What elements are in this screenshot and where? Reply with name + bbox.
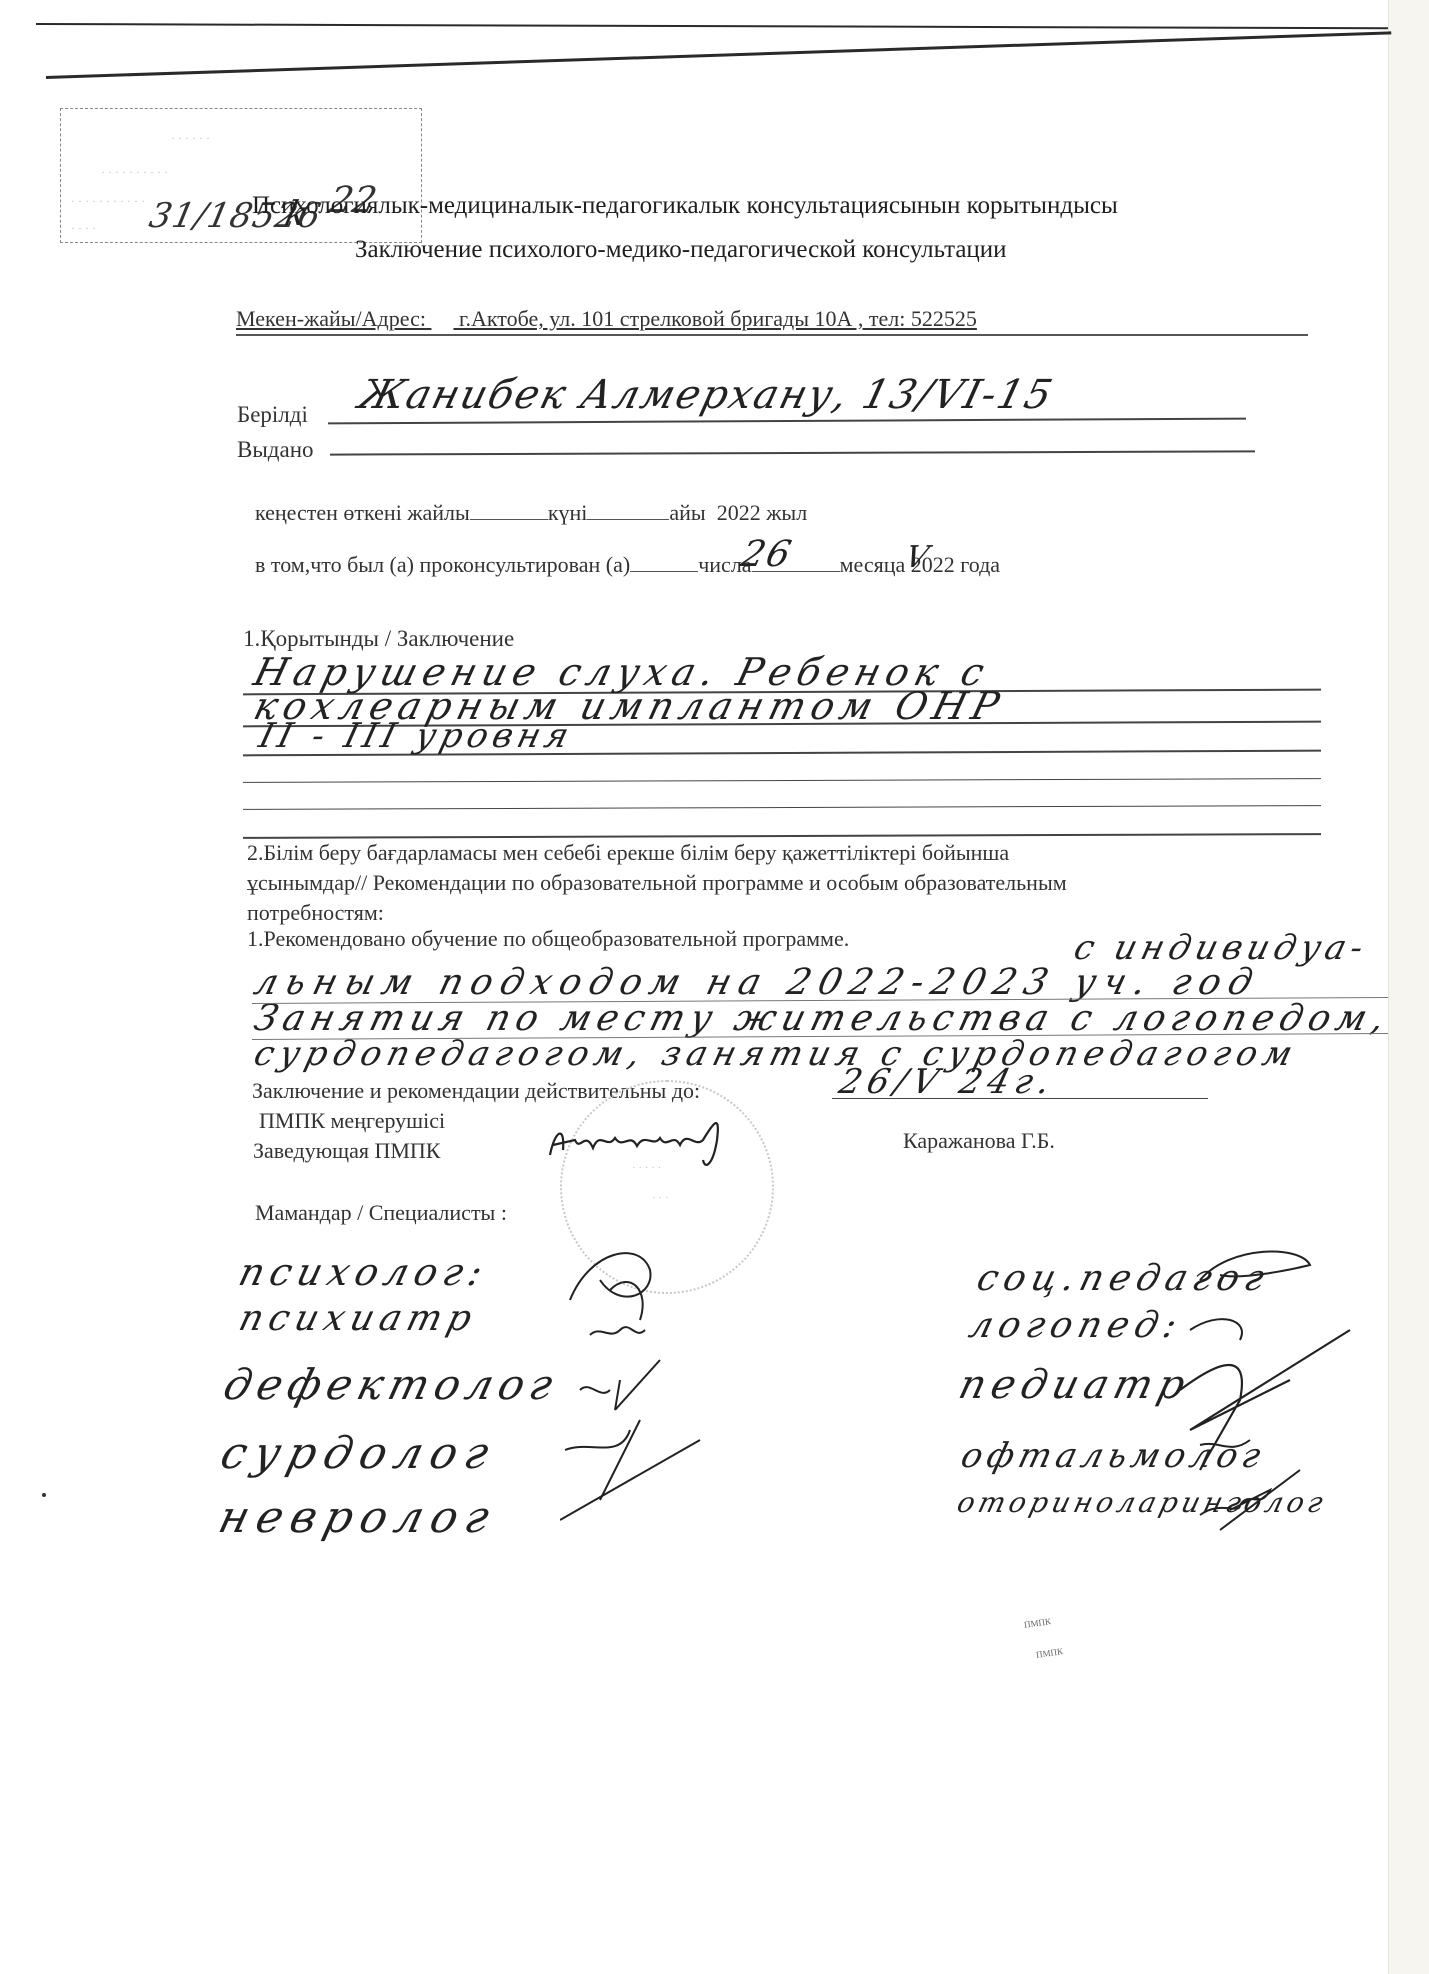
address-value: г.Актобе, ул. 101 стрелковой бригады 10А… <box>459 306 977 331</box>
ru-consult-prefix: в том,что был (а) проконсультирован (а) <box>255 552 630 577</box>
address-label: Мекен-жайы/Адрес: <box>236 306 426 331</box>
address-row: Мекен-жайы/Адрес: г.Актобе, ул. 101 стре… <box>236 306 1308 336</box>
head-name: Каражанова Г.Б. <box>903 1128 1055 1154</box>
specialists-label: Мамандар / Специалисты : <box>255 1200 507 1226</box>
head-label-ru: Заведующая ПМПК <box>253 1138 440 1164</box>
scan-line-diagonal <box>46 31 1391 79</box>
seal-text: · · · <box>652 1192 669 1204</box>
recommendation-handwritten-4: сурдопедагогом, занятия с сурдопедагогом <box>250 1034 1302 1074</box>
validity-value: 26/V 24г. <box>835 1062 1060 1102</box>
specialist-left-4: сурдолог <box>216 1428 502 1479</box>
scan-speck <box>42 1493 46 1497</box>
recommendation-handwritten-3: Занятия по месту жительства с логопедом, <box>250 998 1395 1039</box>
conclusion-line-6 <box>243 833 1321 839</box>
issued-line-2 <box>330 450 1255 455</box>
stamp-faint-text: · · · · · · · · · · · <box>71 194 145 209</box>
issued-to-handwritten: Жанибек Алмерхану, 13/VI-15 <box>354 372 1058 418</box>
ru-consult-line: в том,что был (а) проконсультирован (а)ч… <box>255 552 1000 578</box>
issued-label-ru: Выдано <box>237 437 314 463</box>
specialist-right-signatures <box>1180 1240 1390 1560</box>
specialist-left-2: психиатр <box>235 1298 482 1339</box>
section2-heading-1: 2.Білім беру бағдарламасы мен себебі ере… <box>247 840 1009 866</box>
specialist-right-2: логопед: <box>965 1305 1187 1346</box>
kz-day-label: күні <box>548 500 588 525</box>
recommendation-handwritten-2: льным подходом на 2022-2023 уч. год <box>250 962 1265 1003</box>
stamp-faint-text: · · · · <box>71 221 96 236</box>
stamp-faint-text: · · · · · · <box>171 131 210 146</box>
head-signature <box>545 1110 745 1180</box>
specialist-left-5: невролог <box>214 1492 503 1543</box>
kz-consult-line: кеңестен өткені жайлыкүніайы 2022 жыл <box>255 500 807 526</box>
footer-mark-2: ПМПК <box>1035 1646 1063 1660</box>
issued-label-kz: Берілді <box>237 402 308 428</box>
specialist-right-3: педиатр <box>954 1362 1195 1408</box>
scan-line-top <box>36 23 1388 29</box>
specialist-left-3: дефектолог <box>219 1360 564 1409</box>
section1-heading: 1.Қорытынды / Заключение <box>243 626 514 652</box>
kz-consult-prefix: кеңестен өткені жайлы <box>255 500 470 525</box>
conclusion-line-4 <box>243 778 1321 783</box>
conclusion-line-5 <box>243 805 1321 810</box>
footer-mark-1: ПМПК <box>1023 1616 1051 1630</box>
section2-heading-2: ұсынымдар// Рекомендации по образователь… <box>247 870 1067 896</box>
head-label-kz: ПМПК меңгерушісі <box>259 1108 445 1134</box>
scan-edge-strip <box>1388 0 1429 1974</box>
kz-month-label: айы <box>669 500 705 525</box>
stamp-faint-text: · · · · · · · · · · <box>101 165 168 180</box>
kz-year-text: 2022 жыл <box>717 500 807 525</box>
issued-line-1 <box>328 418 1246 425</box>
ru-day-value: 26 <box>737 534 797 575</box>
conclusion-handwritten-3: II - III уровня <box>255 716 578 756</box>
document-title-kz: Психологиялык-медициналык-педагогикалык … <box>252 192 1118 220</box>
recommendation-label: 1.Рекомендовано обучение по общеобразова… <box>247 926 849 952</box>
specialist-left-signatures <box>560 1240 760 1560</box>
section2-heading-3: потребностям: <box>247 900 384 926</box>
document-title-ru: Заключение психолого-медико-педагогическ… <box>355 236 1007 264</box>
specialist-left-1: психолог: <box>235 1250 494 1294</box>
